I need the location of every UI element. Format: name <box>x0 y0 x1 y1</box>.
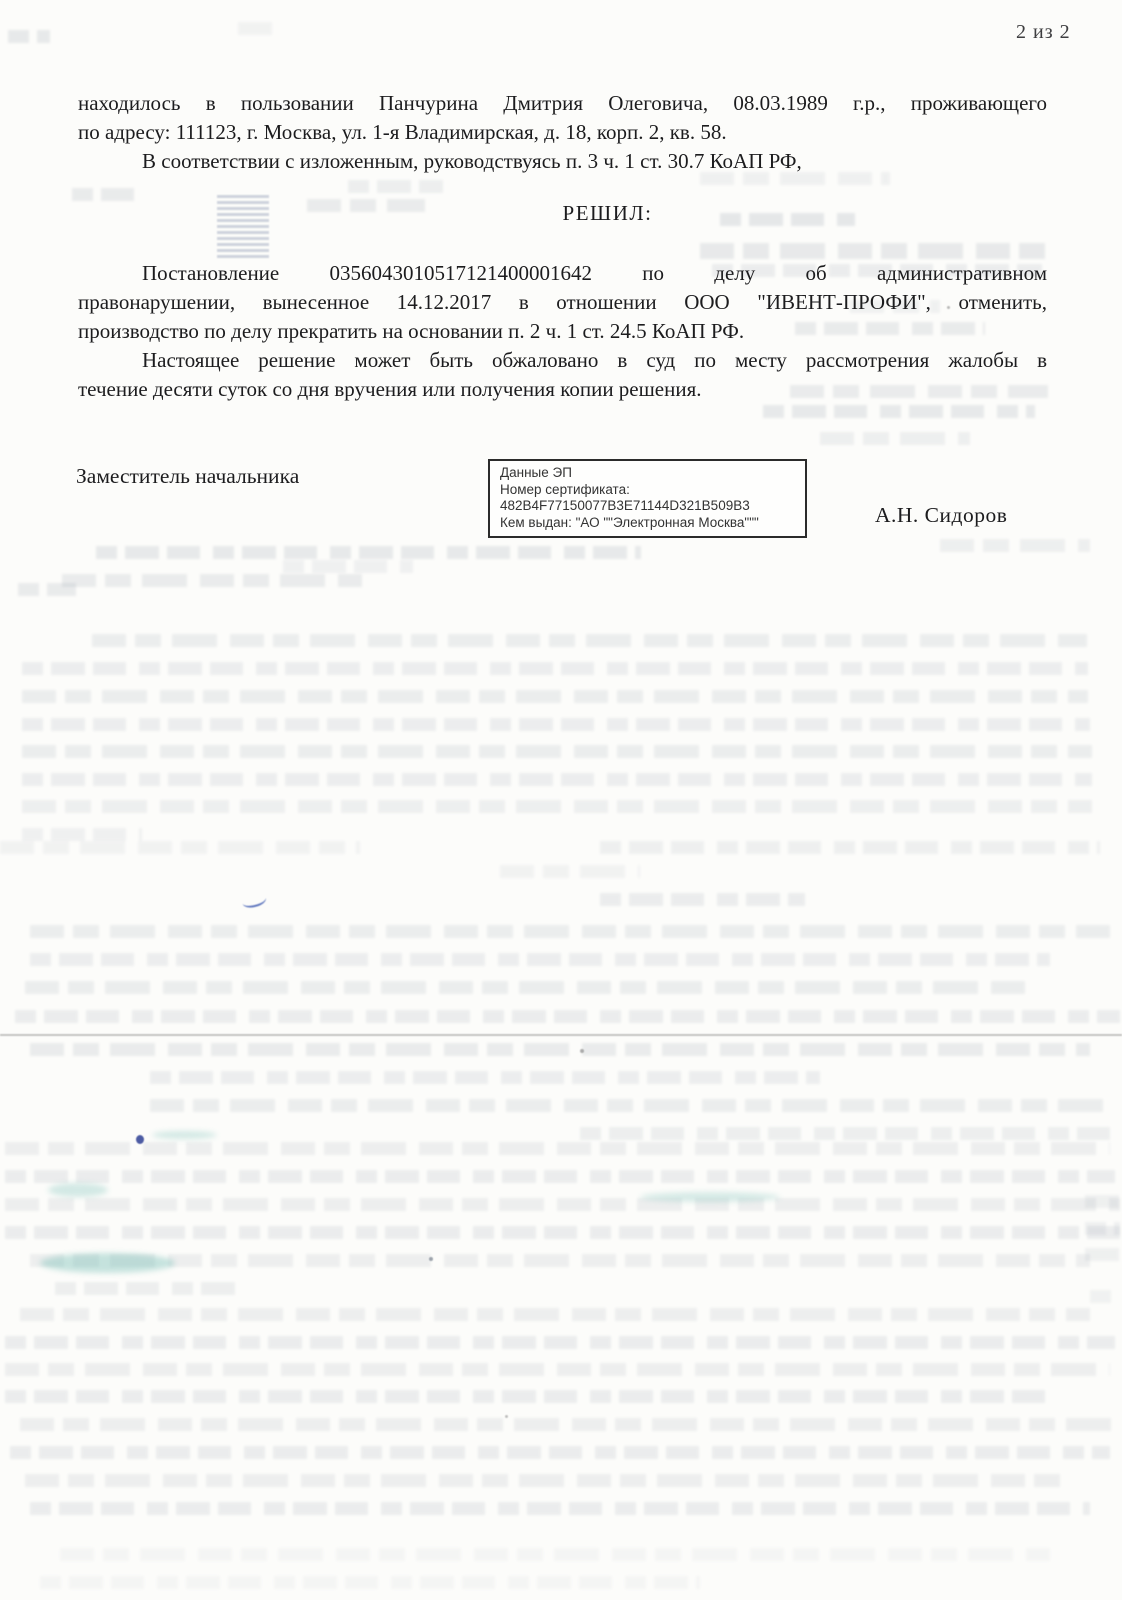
bleed-through-line <box>30 1502 1090 1515</box>
scan-artifact <box>152 1131 217 1139</box>
paragraph-intro: В соответствии с изложенным, руководству… <box>78 147 1047 176</box>
digital-signature-stamp: Данные ЭП Номер сертификата: 482B4F77150… <box>488 459 807 538</box>
bleed-through-line <box>1085 1195 1120 1208</box>
bleed-through-line <box>25 1474 1060 1487</box>
bleed-through-line <box>8 30 50 43</box>
pen-mark <box>580 1049 584 1053</box>
scan-artifact <box>640 1192 780 1202</box>
bleed-through-line <box>22 662 1088 675</box>
pen-mark <box>136 1135 144 1144</box>
stamp-line: Номер сертификата: <box>500 482 795 499</box>
pen-mark <box>429 1257 433 1261</box>
bleed-through-line <box>283 560 413 573</box>
body-line: по адресу: 111123, г. Москва, ул. 1-я Вл… <box>78 118 1047 147</box>
document-body: находилось в пользовании Панчурина Дмитр… <box>78 89 1047 404</box>
bleed-through-line <box>500 865 640 878</box>
bleed-through-line <box>22 718 1090 731</box>
bleed-through-line <box>55 1282 235 1295</box>
bleed-through-line <box>238 22 272 35</box>
body-line: Настоящее решение может быть обжаловано … <box>78 346 1047 375</box>
bleed-through-line <box>5 1363 1110 1376</box>
paragraph-continuation: находилось в пользовании Панчурина Дмитр… <box>78 89 1047 147</box>
bleed-through-line <box>15 1010 1120 1023</box>
decision-heading: РЕШИЛ: <box>123 199 1092 228</box>
paragraph-appeal: Настоящее решение может быть обжаловано … <box>78 346 1047 404</box>
bleed-through-line <box>30 1254 1090 1267</box>
bleed-through-line <box>1085 1222 1120 1235</box>
bleed-through-line <box>580 1127 1110 1140</box>
bleed-through-line <box>0 841 360 854</box>
signer-position: Заместитель начальника <box>76 462 299 491</box>
scanned-document-page: 2 из 2 находилось в пользовании Панчурин… <box>0 0 1122 1600</box>
bleed-through-line <box>22 800 1092 813</box>
bleed-through-line <box>18 583 76 596</box>
bleed-through-line <box>5 1390 1050 1403</box>
bleed-through-line <box>820 432 970 445</box>
bleed-through-line <box>22 690 1088 703</box>
stamp-line: 482B4F77150077B3E71144D321B509B3 <box>500 498 795 515</box>
bleed-through-line <box>1085 1248 1120 1261</box>
bleed-through-line <box>22 773 1092 786</box>
bleed-through-line <box>5 1170 1115 1183</box>
bleed-through-line <box>940 539 1090 552</box>
body-line: Постановление 0356043010517121400001642 … <box>78 259 1047 288</box>
body-line: находилось в пользовании Панчурина Дмитр… <box>78 89 1047 118</box>
paragraph-resolution: Постановление 0356043010517121400001642 … <box>78 259 1047 346</box>
bleed-through-line <box>763 405 1035 418</box>
bleed-through-line <box>96 546 641 559</box>
bleed-through-line <box>150 1071 820 1084</box>
bleed-through-line <box>20 1308 1090 1321</box>
body-line: правонарушении, вынесенное 14.12.2017 в … <box>78 288 1047 317</box>
bleed-through-line <box>30 925 1110 938</box>
scan-artifact <box>40 1253 175 1273</box>
bleed-through-line <box>1090 1290 1118 1303</box>
bleed-through-line <box>92 634 1087 647</box>
body-line: течение десяти суток со дня вручения или… <box>78 375 1047 404</box>
bleed-through-line <box>5 1226 1120 1239</box>
bleed-through-line <box>600 893 805 906</box>
scan-artifact <box>48 1183 108 1197</box>
pen-mark <box>241 890 268 909</box>
bleed-through-line <box>150 1099 1110 1112</box>
bleed-through-line <box>5 1198 1120 1211</box>
bleed-through-line <box>600 841 1100 854</box>
bleed-through-line <box>22 828 142 841</box>
stamp-line: Данные ЭП <box>500 465 795 482</box>
pen-mark <box>505 1415 508 1418</box>
body-line: В соответствии с изложенным, руководству… <box>78 147 1047 176</box>
bleed-through-line <box>60 1548 1050 1561</box>
bleed-through-line <box>30 1043 1090 1056</box>
bleed-through-line <box>30 953 1050 966</box>
bleed-through-line <box>5 1336 1115 1349</box>
bleed-through-line <box>40 1576 700 1589</box>
bleed-through-line <box>5 1142 1110 1155</box>
page-number: 2 из 2 <box>1016 21 1071 44</box>
stamp-line: Кем выдан: "АО ""Электронная Москва""" <box>500 515 795 532</box>
bleed-through-line <box>22 745 1092 758</box>
body-line: производство по делу прекратить на основ… <box>78 317 1047 346</box>
bleed-through-line <box>62 574 362 587</box>
bleed-through-line <box>20 1418 1115 1431</box>
signer-name: А.Н. Сидоров <box>875 501 1007 530</box>
scan-artifact <box>0 1034 1122 1036</box>
bleed-through-line <box>25 981 1030 994</box>
bleed-through-line <box>10 1446 1110 1459</box>
